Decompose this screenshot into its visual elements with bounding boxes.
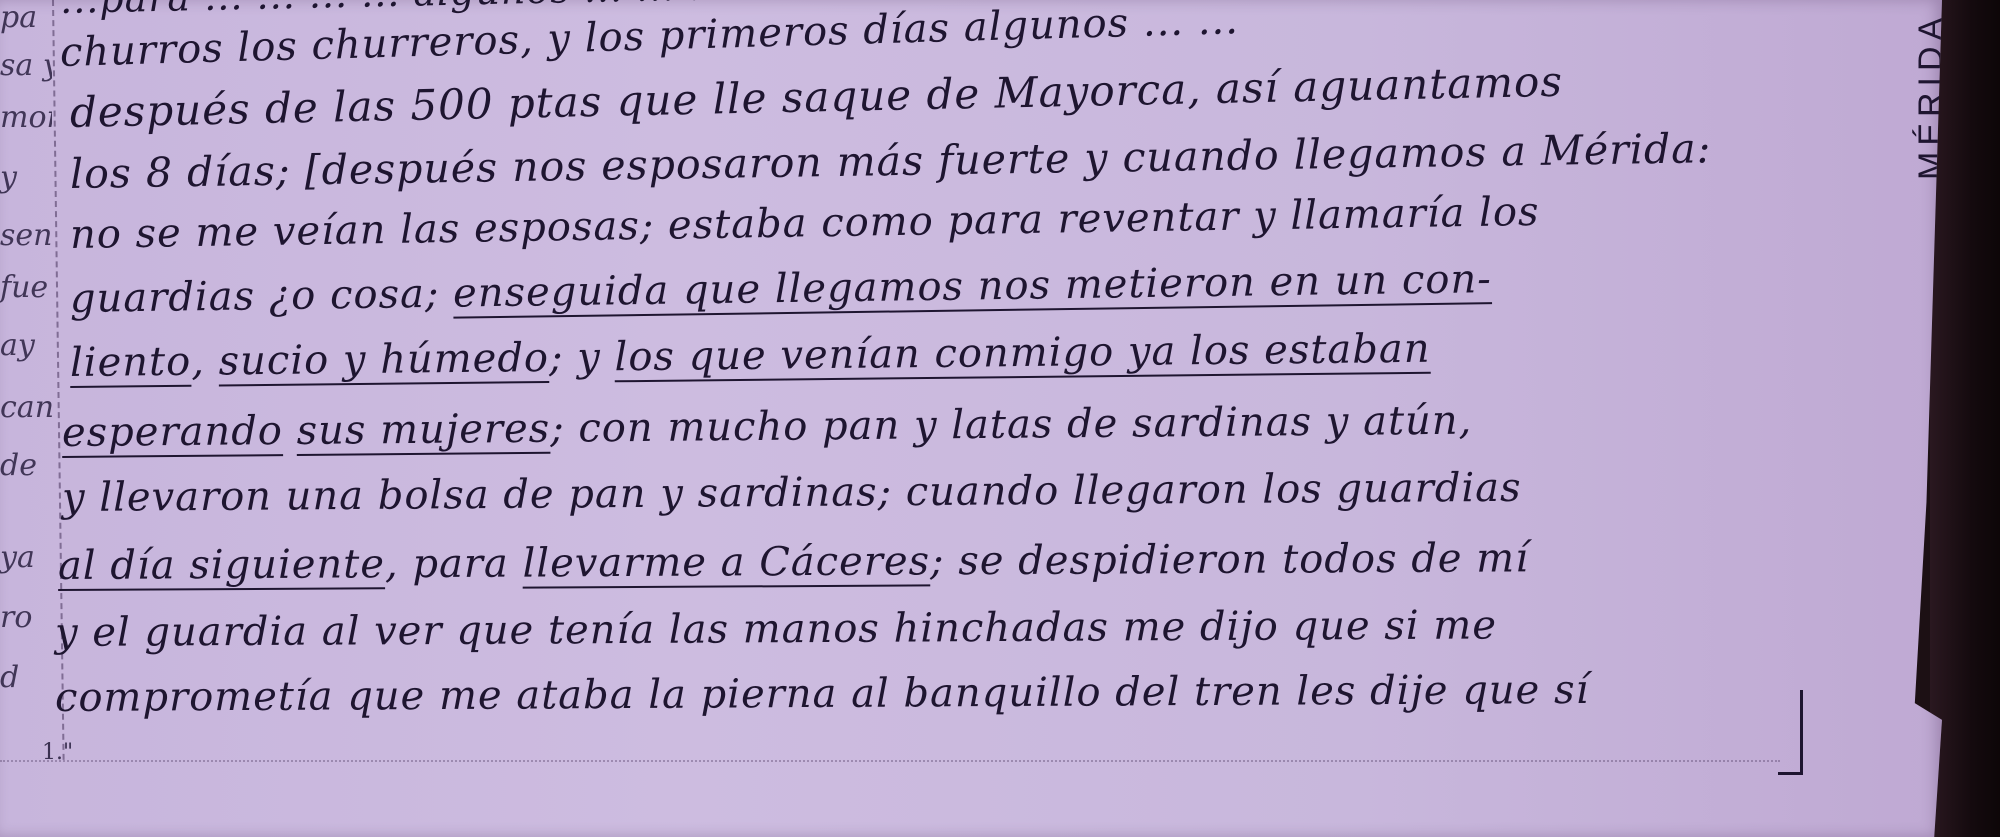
text-segment: los 8 días; [después nos esposaron más f… xyxy=(70,124,1712,198)
text-segment: , para xyxy=(385,541,523,588)
underlined-phrase: liento xyxy=(70,339,192,386)
faint-ruled-line xyxy=(0,760,1780,762)
underlined-phrase: sucio y húmedo xyxy=(218,335,549,384)
text-segment: ; se despidieron todos de mí xyxy=(930,535,1529,584)
margin-note: ay xyxy=(0,328,35,363)
text-line-9: y llevaron una bolsa de pan y sardinas; … xyxy=(62,465,1522,521)
text-segment: ; con mucho pan y latas de sardinas y at… xyxy=(550,398,1472,452)
margin-note: fue xyxy=(0,270,48,305)
margin-note: mon xyxy=(0,100,52,135)
text-line-10: al día siguiente, para llevarme a Cácere… xyxy=(58,535,1529,589)
margin-note: pa xyxy=(0,0,37,35)
underlined-phrase: los que venían conmigo ya los estaban xyxy=(614,326,1430,381)
text-segment: y llevaron una bolsa de pan y sardinas; … xyxy=(62,465,1522,521)
text-segment xyxy=(283,408,297,454)
text-line-4: los 8 días; [después nos esposaron más f… xyxy=(70,124,1712,198)
text-line-12: comprometía que me ataba la pierna al ba… xyxy=(55,667,1590,721)
margin-note: ro xyxy=(0,600,32,635)
underlined-phrase: esperando xyxy=(62,408,283,456)
margin-note: d xyxy=(0,660,19,695)
text-line-8: esperando sus mujeres; con mucho pan y l… xyxy=(62,398,1473,456)
underlined-phrase: llevarme a Cáceres xyxy=(522,538,930,586)
closing-bracket xyxy=(1778,690,1803,775)
margin-note: y xyxy=(0,160,17,195)
underlined-phrase: sus mujeres xyxy=(296,406,550,454)
margin-note: can xyxy=(0,390,52,425)
text-segment: comprometía que me ataba la pierna al ba… xyxy=(55,667,1590,721)
underlined-phrase: al día siguiente xyxy=(58,541,385,589)
manuscript-page: pa sa y mon y sen fue ay can de ya ro d … xyxy=(0,0,1942,837)
left-margin-notes: pa sa y mon y sen fue ay can de ya ro d xyxy=(0,0,52,837)
text-line-7: liento, sucio y húmedo; y los que venían… xyxy=(70,326,1431,386)
text-line-5: no se me veían las esposas; estaba como … xyxy=(70,189,1540,258)
dark-background-edge xyxy=(1930,0,2000,837)
text-segment: no se me veían las esposas; estaba como … xyxy=(70,189,1540,258)
text-segment: , xyxy=(191,338,219,384)
end-mark: 1." xyxy=(42,740,73,765)
margin-note: sen xyxy=(0,218,52,253)
text-segment: ; y xyxy=(549,334,615,381)
margin-note: sa y xyxy=(0,48,52,83)
text-segment: y el guardia al ver que tenía las manos … xyxy=(55,602,1497,656)
underlined-phrase: enseguida que llegamos nos metieron en u… xyxy=(453,256,1492,316)
text-line-6: guardias ¿o cosa; enseguida que llegamos… xyxy=(70,256,1492,322)
margin-note: ya xyxy=(0,540,35,575)
text-segment: guardias ¿o cosa; xyxy=(70,271,454,322)
text-line-11: y el guardia al ver que tenía las manos … xyxy=(55,602,1497,656)
margin-note: de xyxy=(0,448,37,483)
